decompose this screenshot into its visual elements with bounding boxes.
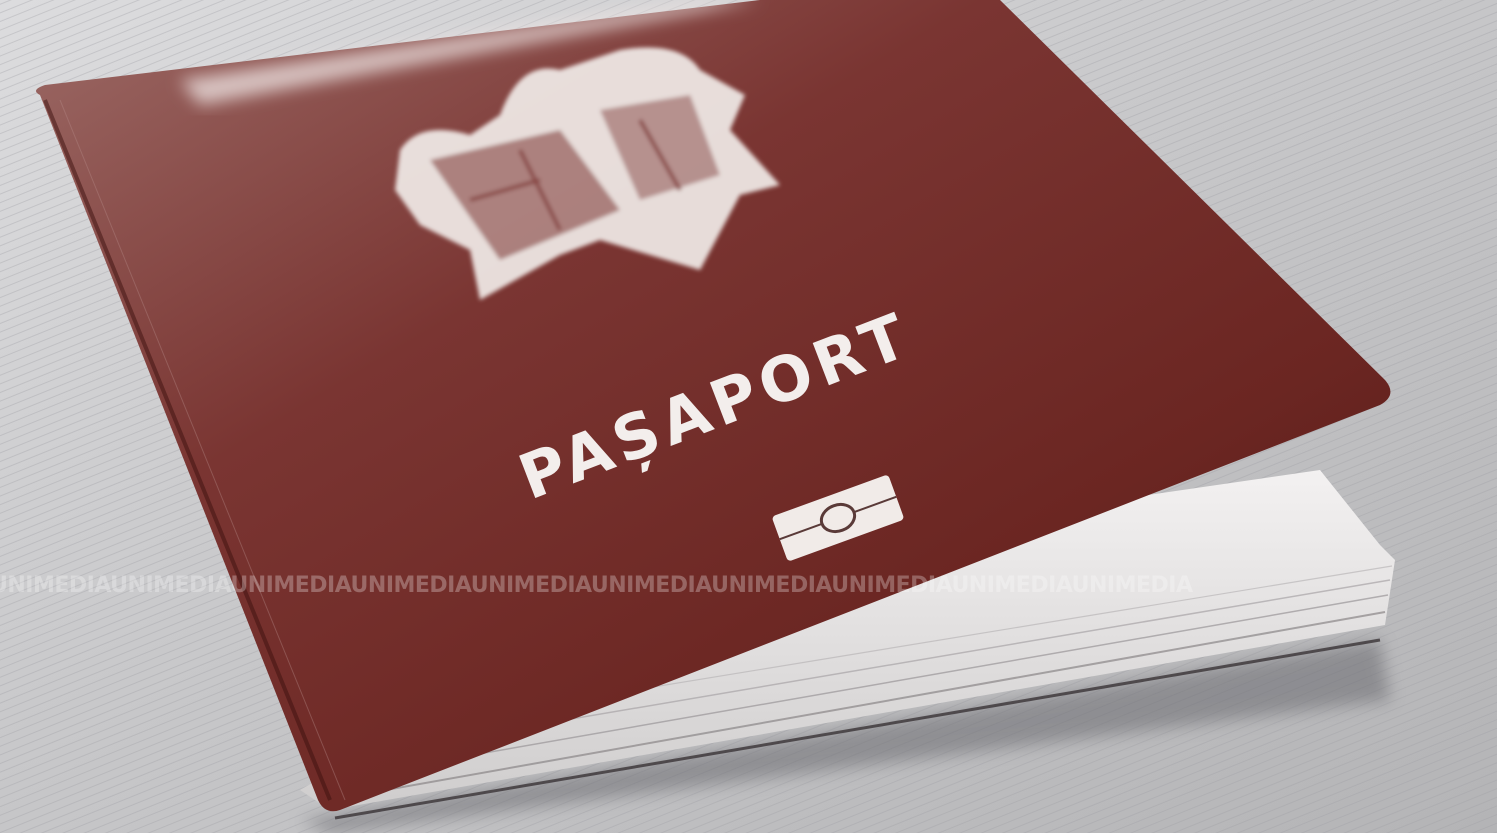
watermark-text: UNIMEDIAUNIMEDIAUNIMEDIAUNIMEDIAUNIMEDIA…	[0, 573, 1193, 598]
watermark: UNIMEDIAUNIMEDIAUNIMEDIAUNIMEDIAUNIMEDIA…	[0, 573, 1193, 598]
photo-scene: PAȘAPORT UNIMEDIAUNIMEDIAUNIMEDIAUNIMEDI…	[0, 0, 1497, 833]
passport-photo: PAȘAPORT UNIMEDIAUNIMEDIAUNIMEDIAUNIMEDI…	[0, 0, 1497, 833]
